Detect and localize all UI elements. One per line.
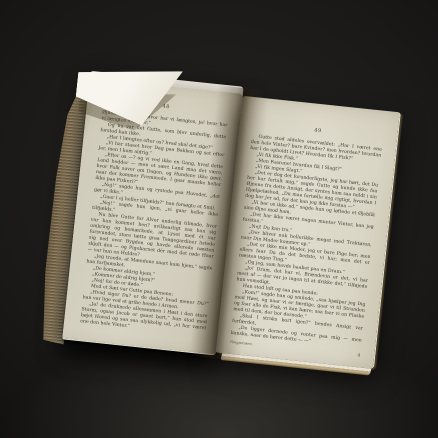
signature-number: 4 bbox=[357, 352, 360, 358]
book: 48 Øjnene lyste, „aa! hvor har vi længte… bbox=[30, 73, 406, 398]
left-page-text: 48 Øjnene lyste, „aa! hvor har vi længte… bbox=[64, 78, 243, 340]
right-page-paragraphs: Gutte stod aldeles overvældet: „Har I væ… bbox=[230, 134, 382, 351]
right-page: 49 Gutte stod aldeles overvældet: „Har I… bbox=[216, 96, 400, 369]
right-page-text: 49 Gutte stod aldeles overvældet: „Har I… bbox=[217, 96, 400, 360]
left-page-paragraphs: Øjnene lyste, „aa! hvor har vi længtes, … bbox=[80, 110, 228, 338]
signature-title: Tangprinsen. bbox=[230, 339, 254, 347]
left-page: 48 Øjnene lyste, „aa! hvor har vi længte… bbox=[62, 78, 243, 355]
background-surface: 48 Øjnene lyste, „aa! hvor har vi længte… bbox=[0, 0, 438, 438]
